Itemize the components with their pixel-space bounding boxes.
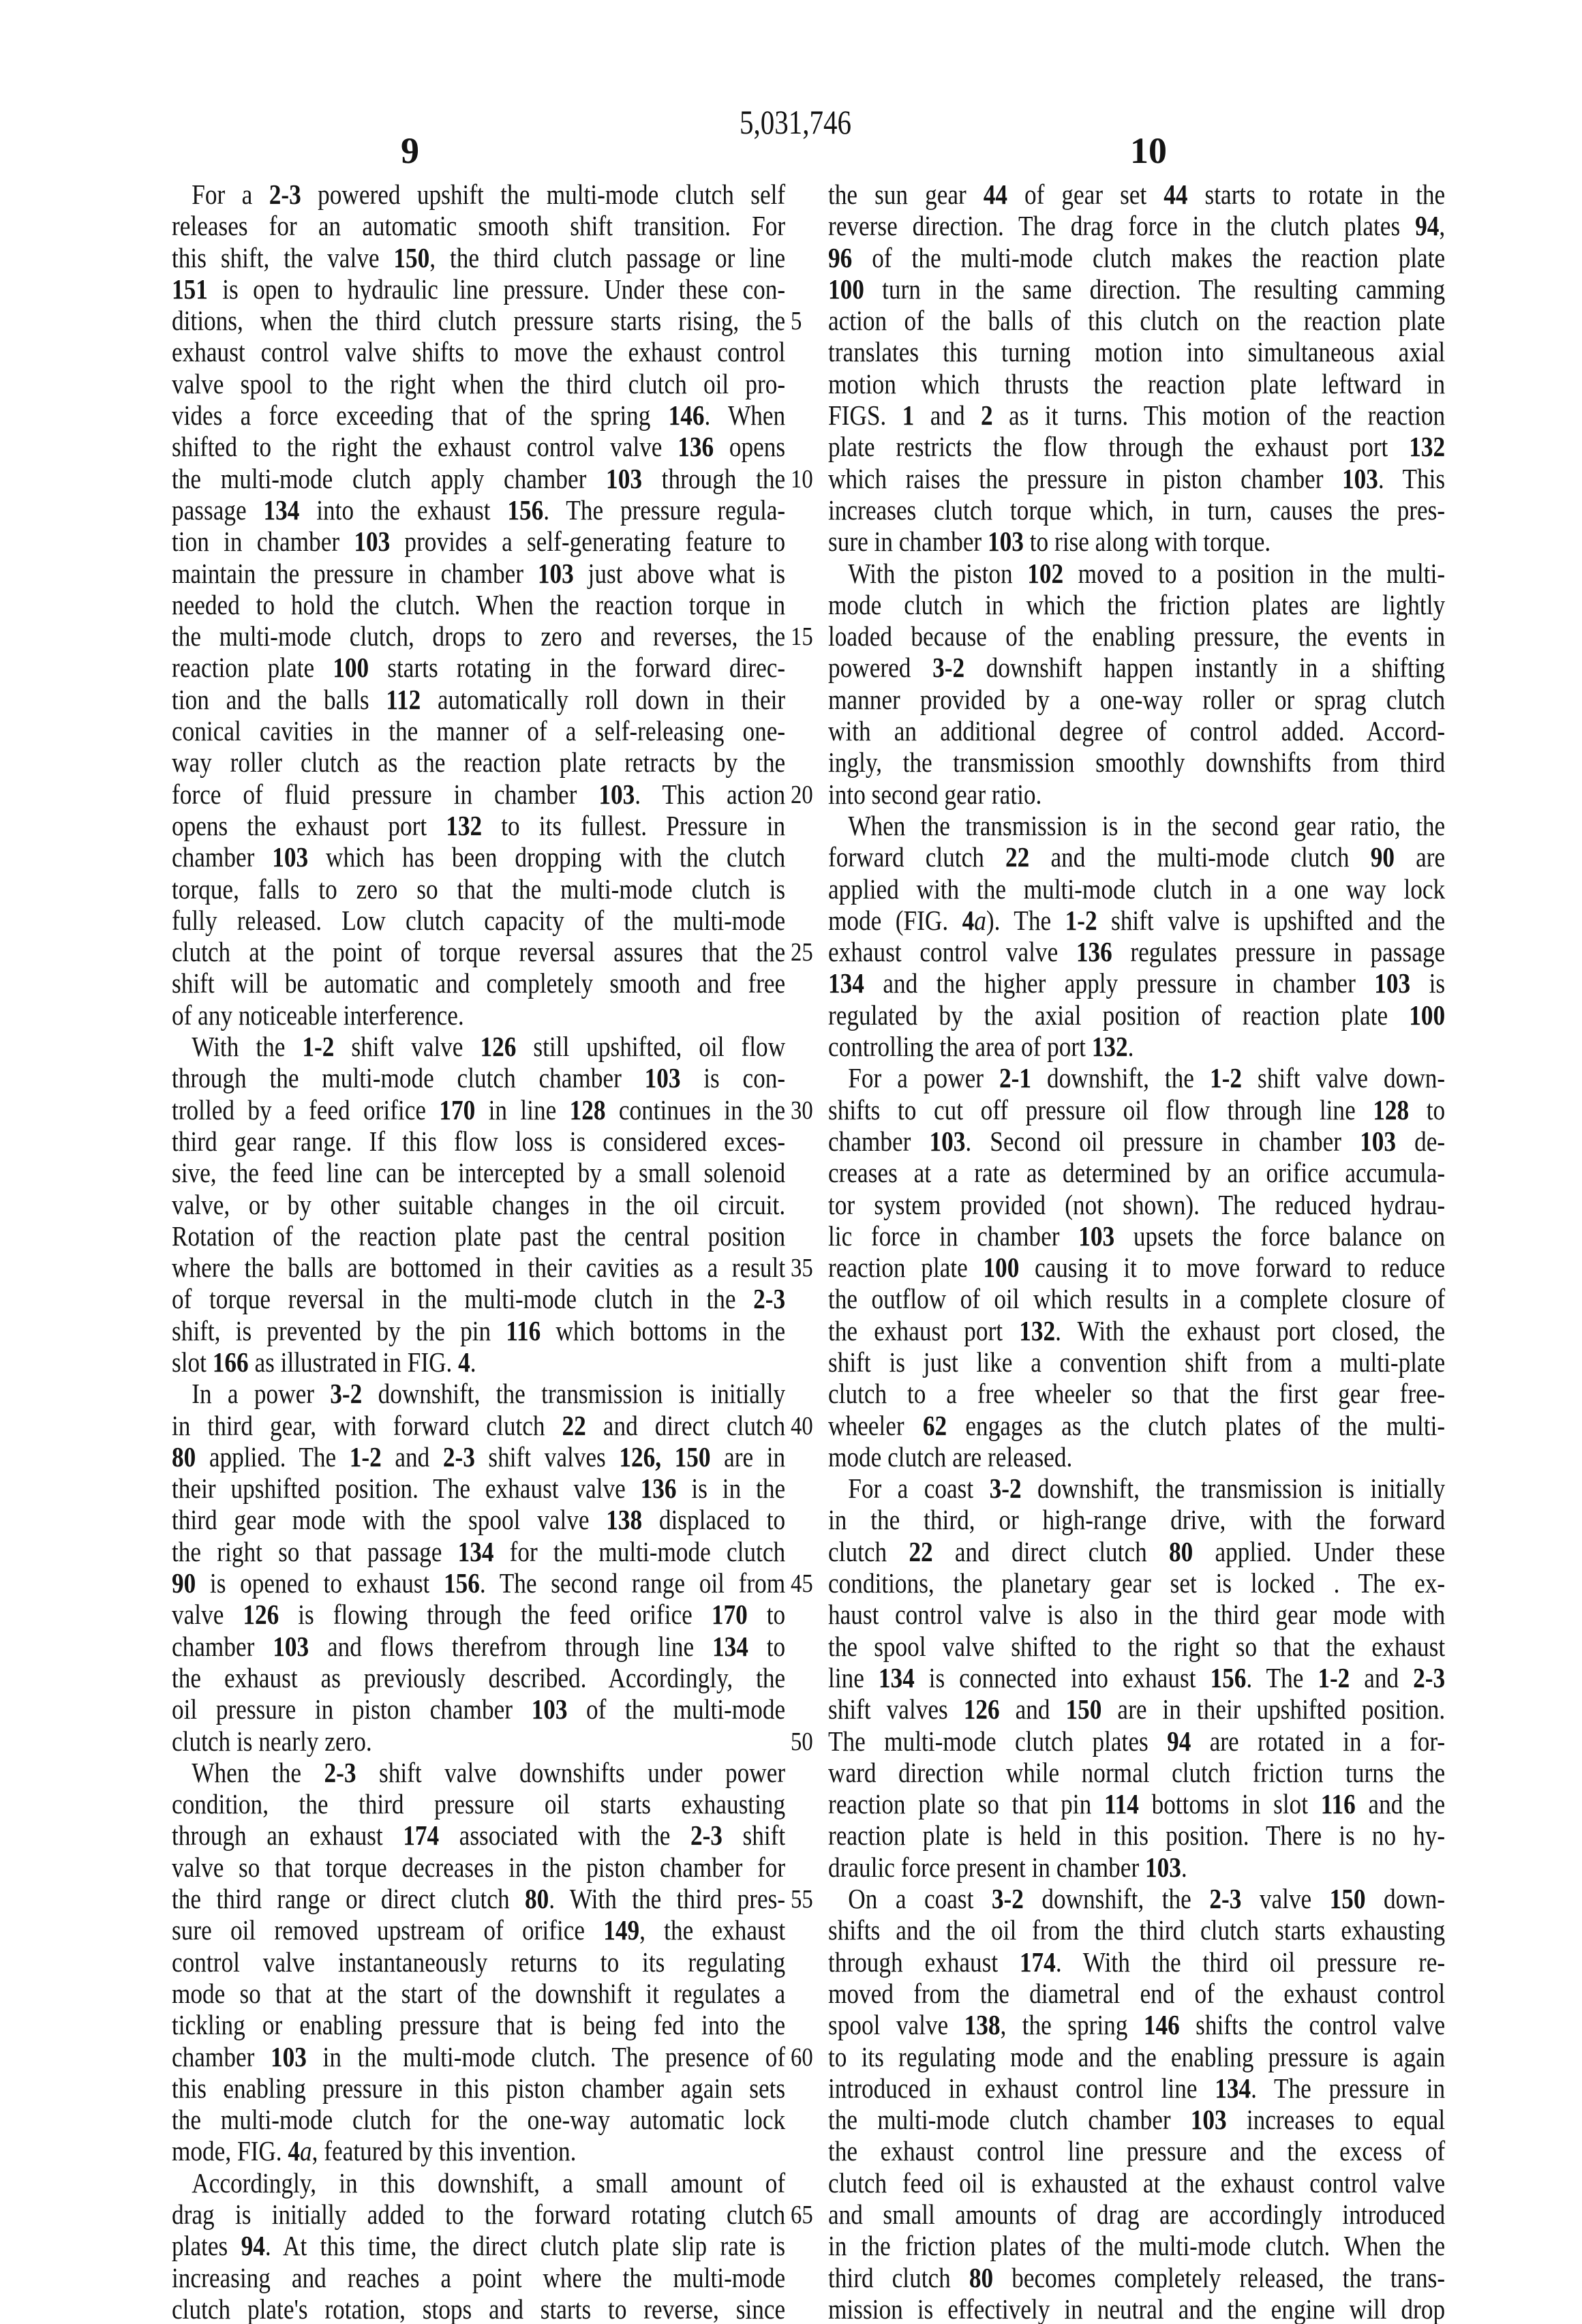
text-line-content: 80 applied. The 1-2 and 2-3 shift valves… bbox=[172, 1441, 785, 1473]
reference-numeral: 80 bbox=[969, 2262, 993, 2293]
reference-numeral: 100 bbox=[983, 1252, 1019, 1283]
text-line-content: When the 2-3 shift valve downshifts unde… bbox=[172, 1757, 785, 1788]
line-number: 35 bbox=[791, 1253, 813, 1283]
text-line-content: clutch is nearly zero. bbox=[172, 1725, 785, 1757]
text-line: force of fluid pressure in chamber 103. … bbox=[172, 779, 785, 810]
reference-numeral: 3-2 bbox=[330, 1378, 362, 1409]
text-line: lic force in chamber 103 upsets the forc… bbox=[828, 1220, 1445, 1252]
text-line: 151 is open to hydraulic line pressure. … bbox=[172, 273, 785, 305]
text-line: The multi-mode clutch plates 94 are rota… bbox=[828, 1725, 1445, 1757]
reference-numeral: 174 bbox=[403, 1820, 439, 1851]
text-line: spool valve 138, the spring 146 shifts t… bbox=[828, 2009, 1445, 2040]
text-line: exhaust control valve 136 regulates pres… bbox=[828, 936, 1445, 967]
reference-numeral: 80 bbox=[172, 1441, 196, 1473]
text-line: in the third, or high-range drive, with … bbox=[828, 1504, 1445, 1535]
text-line-content: wheeler 62 engages as the clutch plates … bbox=[828, 1410, 1445, 1441]
text-line: clutch is nearly zero. bbox=[172, 1725, 785, 1757]
text-line: where the balls are bottomed in their ca… bbox=[172, 1252, 785, 1283]
reference-numeral: 126, 150 bbox=[619, 1441, 710, 1473]
text-line-content: forward clutch 22 and the multi-mode clu… bbox=[828, 841, 1445, 873]
text-line-content: 100 turn in the same direction. The resu… bbox=[828, 273, 1445, 305]
text-line-content: the spool valve shifted to the right so … bbox=[828, 1631, 1445, 1662]
text-line-content: shift will be automatic and completely s… bbox=[172, 967, 785, 999]
text-line-content: On a coast 3-2 downshift, the 2-3 valve … bbox=[828, 1883, 1445, 1914]
text-line: mode, FIG. 4a, featured by this inventio… bbox=[172, 2135, 785, 2167]
text-line: through exhaust 174. With the third oil … bbox=[828, 1946, 1445, 1978]
text-line: this enabling pressure in this piston ch… bbox=[172, 2072, 785, 2104]
text-line: valve so that torque decreases in the pi… bbox=[172, 1852, 785, 1883]
text-line-content: where the balls are bottomed in their ca… bbox=[172, 1252, 785, 1283]
text-line: valve, or by other suitable changes in t… bbox=[172, 1189, 785, 1220]
text-line: condition, the third pressure oil starts… bbox=[172, 1788, 785, 1820]
text-line-content: When the transmission is in the second g… bbox=[828, 810, 1445, 841]
reference-numeral: 136 bbox=[1076, 936, 1112, 967]
text-line: loaded because of the enabling pressure,… bbox=[828, 620, 1445, 652]
text-line-content: control valve instantaneously returns to… bbox=[172, 1946, 785, 1978]
text-line: tion in chamber 103 provides a self-gene… bbox=[172, 526, 785, 557]
text-line-content: moved from the diametral end of the exha… bbox=[828, 1978, 1445, 2009]
text-line: valve spool to the right when the third … bbox=[172, 368, 785, 399]
text-line: For a 2-3 powered upshift the multi-mode… bbox=[172, 179, 785, 210]
text-line-content: torque, falls to zero so that the multi-… bbox=[172, 873, 785, 905]
text-line-content: releases for an automatic smooth shift t… bbox=[172, 210, 785, 241]
text-line: chamber 103 and flows therefrom through … bbox=[172, 1631, 785, 1662]
text-line: tion and the balls 112 automatically rol… bbox=[172, 684, 785, 715]
text-line-content: which raises the pressure in piston cham… bbox=[828, 463, 1445, 494]
text-line-content: through exhaust 174. With the third oil … bbox=[828, 1946, 1445, 1978]
reference-numeral: 1-2 bbox=[1065, 905, 1097, 936]
text-line: mode clutch are released. bbox=[828, 1441, 1445, 1473]
text-line-content: the exhaust as previously described. Acc… bbox=[172, 1662, 785, 1693]
text-line: the sun gear 44 of gear set 44 starts to… bbox=[828, 179, 1445, 210]
text-line: the third range or direct clutch 80. Wit… bbox=[172, 1883, 785, 1914]
text-line-content: chamber 103 and flows therefrom through … bbox=[172, 1631, 785, 1662]
text-line-content: trolled by a feed orifice 170 in line 12… bbox=[172, 1094, 785, 1126]
text-line-content: For a power 2-1 downshift, the 1-2 shift… bbox=[828, 1062, 1445, 1093]
reference-numeral: 146 bbox=[669, 399, 705, 431]
reference-numeral: 138 bbox=[606, 1504, 642, 1535]
text-line-content: tion and the balls 112 automatically rol… bbox=[172, 684, 785, 715]
reference-numeral: 2-3 bbox=[1413, 1662, 1445, 1693]
reference-numeral: 2-3 bbox=[324, 1757, 356, 1788]
page-number-left: 9 bbox=[401, 130, 419, 172]
text-line: reverse direction. The drag force in the… bbox=[828, 210, 1445, 241]
text-line-content: the sun gear 44 of gear set 44 starts to… bbox=[828, 179, 1445, 210]
text-line: action of the balls of this clutch on th… bbox=[828, 305, 1445, 336]
text-line-content: through the multi-mode clutch chamber 10… bbox=[172, 1062, 785, 1093]
text-line: the exhaust control line pressure and th… bbox=[828, 2135, 1445, 2167]
reference-numeral: 138 bbox=[964, 2009, 1001, 2040]
text-line: the exhaust port 132. With the exhaust p… bbox=[828, 1315, 1445, 1346]
line-number: 10 bbox=[791, 464, 813, 494]
patent-number: 5,031,746 bbox=[740, 102, 851, 142]
text-line-content: the exhaust port 132. With the exhaust p… bbox=[828, 1315, 1445, 1346]
text-line-content: plate restricts the flow through the exh… bbox=[828, 431, 1445, 462]
reference-numeral: 100 bbox=[333, 652, 369, 683]
text-line: For a power 2-1 downshift, the 1-2 shift… bbox=[828, 1062, 1445, 1093]
text-line: clutch 22 and direct clutch 80 applied. … bbox=[828, 1536, 1445, 1567]
reference-numeral: 150 bbox=[393, 242, 429, 273]
reference-numeral: 103 bbox=[271, 2041, 307, 2072]
text-line: reaction plate 100 starts rotating in th… bbox=[172, 652, 785, 683]
text-line-content: through an exhaust 174 associated with t… bbox=[172, 1820, 785, 1851]
text-line-content: mode clutch are released. bbox=[828, 1441, 1445, 1473]
text-line-content: With the piston 102 moved to a position … bbox=[828, 558, 1445, 589]
text-line: releases for an automatic smooth shift t… bbox=[172, 210, 785, 241]
reference-numeral: 134 bbox=[1215, 2072, 1251, 2104]
text-line-content: to its regulating mode and the enabling … bbox=[828, 2041, 1445, 2072]
text-line-content: plates 94. At this time, the direct clut… bbox=[172, 2230, 785, 2261]
text-line: the multi-mode clutch chamber 103 increa… bbox=[828, 2104, 1445, 2135]
reference-numeral: 90 bbox=[1371, 841, 1395, 873]
reference-numeral: 128 bbox=[1373, 1094, 1409, 1126]
text-line: torque, falls to zero so that the multi-… bbox=[172, 873, 785, 905]
text-line-content: shifts to cut off pressure oil flow thro… bbox=[828, 1094, 1445, 1126]
text-line-content: the exhaust control line pressure and th… bbox=[828, 2135, 1445, 2167]
reference-numeral: 134 bbox=[712, 1631, 748, 1662]
reference-numeral: 103 bbox=[1078, 1220, 1114, 1252]
text-line-content: ingly, the transmission smoothly downshi… bbox=[828, 746, 1445, 778]
reference-numeral: 132 bbox=[1019, 1315, 1055, 1346]
text-line: In a power 3-2 downshift, the transmissi… bbox=[172, 1378, 785, 1409]
text-line-content: force of fluid pressure in chamber 103. … bbox=[172, 779, 785, 810]
text-line-content: third gear range. If this flow loss is c… bbox=[172, 1126, 785, 1157]
reference-numeral: 2 bbox=[981, 399, 993, 431]
text-line-content: shift is just like a convention shift fr… bbox=[828, 1346, 1445, 1378]
text-line: chamber 103. Second oil pressure in cham… bbox=[828, 1126, 1445, 1157]
text-line-content: the multi-mode clutch, drops to zero and… bbox=[172, 620, 785, 652]
text-line-content: chamber 103 which has been dropping with… bbox=[172, 841, 785, 873]
line-number: 30 bbox=[791, 1096, 813, 1126]
text-line: When the transmission is in the second g… bbox=[828, 810, 1445, 841]
text-line: of torque reversal in the multi-mode clu… bbox=[172, 1283, 785, 1314]
text-line: increasing and reaches a point where the… bbox=[172, 2262, 785, 2293]
text-line-content: this enabling pressure in this piston ch… bbox=[172, 2072, 785, 2104]
reference-numeral: 80 bbox=[525, 1883, 549, 1914]
text-line: clutch at the point of torque reversal a… bbox=[172, 936, 785, 967]
text-line-content: the outflow of oil which results in a co… bbox=[828, 1283, 1445, 1314]
reference-numeral: 150 bbox=[1330, 1883, 1366, 1914]
reference-numeral: 1-2 bbox=[350, 1441, 382, 1473]
text-line-content: sive, the feed line can be intercepted b… bbox=[172, 1157, 785, 1188]
reference-numeral: 22 bbox=[909, 1536, 932, 1567]
text-line: applied with the multi-mode clutch in a … bbox=[828, 873, 1445, 905]
text-line: chamber 103 which has been dropping with… bbox=[172, 841, 785, 873]
text-line: FIGS. 1 and 2 as it turns. This motion o… bbox=[828, 399, 1445, 431]
text-line: For a coast 3-2 downshift, the transmiss… bbox=[828, 1473, 1445, 1504]
reference-numeral: 4 bbox=[288, 2135, 300, 2167]
line-number: 45 bbox=[791, 1569, 813, 1599]
text-line: which raises the pressure in piston cham… bbox=[828, 463, 1445, 494]
text-line: shift will be automatic and completely s… bbox=[172, 967, 785, 999]
text-line-content: Rotation of the reaction plate past the … bbox=[172, 1220, 785, 1252]
text-line: and small amounts of drag are accordingl… bbox=[828, 2199, 1445, 2230]
text-line: sive, the feed line can be intercepted b… bbox=[172, 1157, 785, 1188]
reference-numeral: 112 bbox=[386, 684, 421, 715]
reference-numeral: 103 bbox=[532, 1693, 568, 1725]
reference-numeral: 166 bbox=[213, 1346, 249, 1378]
reference-numeral: 103 bbox=[929, 1126, 965, 1157]
text-line-content: this shift, the valve 150, the third clu… bbox=[172, 242, 785, 273]
reference-numeral: 1-2 bbox=[1318, 1662, 1350, 1693]
reference-numeral: 3-2 bbox=[992, 1883, 1024, 1914]
line-number: 40 bbox=[791, 1411, 813, 1441]
text-line-content: 151 is open to hydraulic line pressure. … bbox=[172, 273, 785, 305]
text-line: the multi-mode clutch for the one-way au… bbox=[172, 2104, 785, 2135]
text-line-content: The multi-mode clutch plates 94 are rota… bbox=[828, 1725, 1445, 1757]
text-line-content: clutch 22 and direct clutch 80 applied. … bbox=[828, 1536, 1445, 1567]
text-line-content: translates this turning motion into simu… bbox=[828, 336, 1445, 367]
text-line-content: reaction plate so that pin 114 bottoms i… bbox=[828, 1788, 1445, 1820]
line-number: 55 bbox=[791, 1884, 813, 1914]
text-line: 80 applied. The 1-2 and 2-3 shift valves… bbox=[172, 1441, 785, 1473]
text-line-content: FIGS. 1 and 2 as it turns. This motion o… bbox=[828, 399, 1445, 431]
text-line-content: tor system provided (not shown). The red… bbox=[828, 1189, 1445, 1220]
text-line-content: slot 166 as illustrated in FIG. 4. bbox=[172, 1346, 785, 1378]
text-line: moved from the diametral end of the exha… bbox=[828, 1978, 1445, 2009]
text-line: controlling the area of port 132. bbox=[828, 1031, 1445, 1062]
text-line: 100 turn in the same direction. The resu… bbox=[828, 273, 1445, 305]
line-number: 20 bbox=[791, 780, 813, 810]
text-line-content: loaded because of the enabling pressure,… bbox=[828, 620, 1445, 652]
text-line: With the 1-2 shift valve 126 still upshi… bbox=[172, 1031, 785, 1062]
text-line: trolled by a feed orifice 170 in line 12… bbox=[172, 1094, 785, 1126]
reference-numeral: 2-3 bbox=[753, 1283, 785, 1314]
text-line: with an additional degree of control add… bbox=[828, 715, 1445, 746]
text-line: tor system provided (not shown). The red… bbox=[828, 1189, 1445, 1220]
text-line-content: the third range or direct clutch 80. Wit… bbox=[172, 1883, 785, 1914]
reference-numeral: 170 bbox=[439, 1094, 475, 1126]
text-line: mode (FIG. 4a). The 1-2 shift valve is u… bbox=[828, 905, 1445, 936]
text-line: forward clutch 22 and the multi-mode clu… bbox=[828, 841, 1445, 873]
text-line: valve 126 is flowing through the feed or… bbox=[172, 1599, 785, 1630]
text-line-content: third gear mode with the spool valve 138… bbox=[172, 1504, 785, 1535]
page-number-right: 10 bbox=[1130, 130, 1167, 172]
reference-numeral: 150 bbox=[1066, 1693, 1102, 1725]
reference-numeral: 170 bbox=[712, 1599, 748, 1630]
reference-numeral: 62 bbox=[923, 1410, 947, 1441]
text-line-content: chamber 103. Second oil pressure in cham… bbox=[828, 1126, 1445, 1157]
text-line: maintain the pressure in chamber 103 jus… bbox=[172, 558, 785, 589]
text-line-content: ward direction while normal clutch frict… bbox=[828, 1757, 1445, 1788]
reference-numeral: 3-2 bbox=[990, 1473, 1022, 1504]
text-line-content: and small amounts of drag are accordingl… bbox=[828, 2199, 1445, 2230]
text-line-content: valve so that torque decreases in the pi… bbox=[172, 1852, 785, 1883]
line-number: 60 bbox=[791, 2042, 813, 2072]
text-line: conditions, the planetary gear set is lo… bbox=[828, 1567, 1445, 1599]
text-line-content: sure oil removed upstream of orifice 149… bbox=[172, 1914, 785, 1946]
reference-numeral: 22 bbox=[562, 1410, 586, 1441]
text-line: shifts and the oil from the third clutch… bbox=[828, 1914, 1445, 1946]
reference-numeral: 103 bbox=[598, 779, 635, 810]
text-line-content: in third gear, with forward clutch 22 an… bbox=[172, 1410, 785, 1441]
text-line: in third gear, with forward clutch 22 an… bbox=[172, 1410, 785, 1441]
italic-text: a bbox=[300, 2135, 312, 2167]
text-line-content: exhaust control valve shifts to move the… bbox=[172, 336, 785, 367]
reference-numeral: 146 bbox=[1144, 2009, 1180, 2040]
text-line: shift valves 126 and 150 are in their up… bbox=[828, 1693, 1445, 1725]
reference-numeral: 103 bbox=[988, 526, 1024, 557]
reference-numeral: 116 bbox=[1321, 1788, 1356, 1820]
text-line-content: tion in chamber 103 provides a self-gene… bbox=[172, 526, 785, 557]
reference-numeral: 103 bbox=[273, 1631, 309, 1662]
text-line-content: needed to hold the clutch. When the reac… bbox=[172, 589, 785, 620]
text-line-content: of any noticeable interference. bbox=[172, 999, 785, 1031]
text-line: clutch plate's rotation, stops and start… bbox=[172, 2293, 785, 2324]
text-line-content: condition, the third pressure oil starts… bbox=[172, 1788, 785, 1820]
text-line: plates 94. At this time, the direct clut… bbox=[172, 2230, 785, 2261]
reference-numeral: 114 bbox=[1104, 1788, 1139, 1820]
text-line-content: maintain the pressure in chamber 103 jus… bbox=[172, 558, 785, 589]
line-number: 5 bbox=[791, 306, 802, 336]
text-line-content: With the 1-2 shift valve 126 still upshi… bbox=[172, 1031, 785, 1062]
text-line: tickling or enabling pressure that is be… bbox=[172, 2009, 785, 2040]
reference-numeral: 94 bbox=[1415, 210, 1439, 241]
line-number: 25 bbox=[791, 937, 813, 967]
text-line: regulated by the axial position of react… bbox=[828, 999, 1445, 1031]
text-line-content: For a 2-3 powered upshift the multi-mode… bbox=[172, 179, 785, 210]
text-line-content: For a coast 3-2 downshift, the transmiss… bbox=[828, 1473, 1445, 1504]
reference-numeral: 156 bbox=[1211, 1662, 1247, 1693]
text-line: Rotation of the reaction plate past the … bbox=[172, 1220, 785, 1252]
text-line: On a coast 3-2 downshift, the 2-3 valve … bbox=[828, 1883, 1445, 1914]
text-line: clutch feed oil is exhausted at the exha… bbox=[828, 2167, 1445, 2199]
reference-numeral: 174 bbox=[1020, 1946, 1056, 1978]
text-line-content: shifts and the oil from the third clutch… bbox=[828, 1914, 1445, 1946]
text-line: 96 of the multi-mode clutch makes the re… bbox=[828, 242, 1445, 273]
text-line: their upshifted position. The exhaust va… bbox=[172, 1473, 785, 1504]
text-line: creases at a rate as determined by an or… bbox=[828, 1157, 1445, 1188]
text-line-content: clutch feed oil is exhausted at the exha… bbox=[828, 2167, 1445, 2199]
text-line: way roller clutch as the reaction plate … bbox=[172, 746, 785, 778]
text-line-content: drag is initially added to the forward r… bbox=[172, 2199, 785, 2230]
reference-numeral: 94 bbox=[1167, 1725, 1191, 1757]
text-line: manner provided by a one-way roller or s… bbox=[828, 684, 1445, 715]
text-line-content: vides a force exceeding that of the spri… bbox=[172, 399, 785, 431]
text-line-content: of torque reversal in the multi-mode clu… bbox=[172, 1283, 785, 1314]
text-line: 90 is opened to exhaust 156. The second … bbox=[172, 1567, 785, 1599]
text-line: control valve instantaneously returns to… bbox=[172, 1946, 785, 1978]
reference-numeral: 116 bbox=[506, 1315, 541, 1346]
text-line: shift, is prevented by the pin 116 which… bbox=[172, 1315, 785, 1346]
text-line: powered 3-2 downshift happen instantly i… bbox=[828, 652, 1445, 683]
text-line: mode so that at the start of the downshi… bbox=[172, 1978, 785, 2009]
text-line-content: valve 126 is flowing through the feed or… bbox=[172, 1599, 785, 1630]
text-line-content: applied with the multi-mode clutch in a … bbox=[828, 873, 1445, 905]
reference-numeral: 2-3 bbox=[443, 1441, 475, 1473]
text-line-content: reaction plate is held in this position.… bbox=[828, 1820, 1445, 1851]
text-line-content: regulated by the axial position of react… bbox=[828, 999, 1445, 1031]
text-line-content: mode clutch in which the friction plates… bbox=[828, 589, 1445, 620]
text-line-content: controlling the area of port 132. bbox=[828, 1031, 1445, 1062]
reference-numeral: 134 bbox=[828, 967, 864, 999]
reference-numeral: 103 bbox=[645, 1062, 681, 1093]
text-line: this shift, the valve 150, the third clu… bbox=[172, 242, 785, 273]
text-line-content: mode so that at the start of the downshi… bbox=[172, 1978, 785, 2009]
reference-numeral: 149 bbox=[603, 1914, 639, 1946]
text-line: haust control valve is also in the third… bbox=[828, 1599, 1445, 1630]
text-line: plate restricts the flow through the exh… bbox=[828, 431, 1445, 462]
text-line: reaction plate 100 causing it to move fo… bbox=[828, 1252, 1445, 1283]
text-line-content: the multi-mode clutch chamber 103 increa… bbox=[828, 2104, 1445, 2135]
text-line-content: conditions, the planetary gear set is lo… bbox=[828, 1567, 1445, 1599]
reference-numeral: 4 bbox=[962, 905, 975, 936]
text-line: vides a force exceeding that of the spri… bbox=[172, 399, 785, 431]
reference-numeral: 136 bbox=[678, 431, 714, 462]
reference-numeral: 156 bbox=[444, 1567, 480, 1599]
reference-numeral: 103 bbox=[354, 526, 390, 557]
text-line-content: conical cavities in the manner of a self… bbox=[172, 715, 785, 746]
text-line: clutch to a free wheeler so that the fir… bbox=[828, 1378, 1445, 1409]
reference-numeral: 156 bbox=[507, 494, 543, 526]
text-line-content: mode (FIG. 4a). The 1-2 shift valve is u… bbox=[828, 905, 1445, 936]
text-line-content: increasing and reaches a point where the… bbox=[172, 2262, 785, 2293]
text-line-content: powered 3-2 downshift happen instantly i… bbox=[828, 652, 1445, 683]
text-line-content: spool valve 138, the spring 146 shifts t… bbox=[828, 2009, 1445, 2040]
reference-numeral: 94 bbox=[241, 2230, 265, 2261]
text-line-content: 134 and the higher apply pressure in cha… bbox=[828, 967, 1445, 999]
reference-numeral: 1-2 bbox=[1210, 1062, 1242, 1093]
reference-numeral: 103 bbox=[1360, 1126, 1396, 1157]
reference-numeral: 134 bbox=[879, 1662, 915, 1693]
text-line-content: clutch plate's rotation, stops and start… bbox=[172, 2293, 785, 2324]
text-line-content: Accordingly, in this downshift, a small … bbox=[172, 2167, 785, 2199]
reference-numeral: 100 bbox=[828, 273, 864, 305]
text-line-content: way roller clutch as the reaction plate … bbox=[172, 746, 785, 778]
text-line-content: increases clutch torque which, in turn, … bbox=[828, 494, 1445, 526]
text-line-content: shifted to the right the exhaust control… bbox=[172, 431, 785, 462]
reference-numeral: 100 bbox=[1409, 999, 1445, 1031]
line-number: 50 bbox=[791, 1727, 813, 1757]
text-line-content: 90 is opened to exhaust 156. The second … bbox=[172, 1567, 785, 1599]
text-line: sure in chamber 103 to rise along with t… bbox=[828, 526, 1445, 557]
text-line: 134 and the higher apply pressure in cha… bbox=[828, 967, 1445, 999]
text-line: into second gear ratio. bbox=[828, 779, 1445, 810]
text-line: translates this turning motion into simu… bbox=[828, 336, 1445, 367]
text-line-content: third clutch 80 becomes completely relea… bbox=[828, 2262, 1445, 2293]
text-line-content: valve spool to the right when the third … bbox=[172, 368, 785, 399]
text-line-content: the multi-mode clutch for the one-way au… bbox=[172, 2104, 785, 2135]
text-line-content: action of the balls of this clutch on th… bbox=[828, 305, 1445, 336]
text-line: mission is effectively in neutral and th… bbox=[828, 2293, 1445, 2324]
reference-numeral: 126 bbox=[243, 1599, 279, 1630]
reference-numeral: 2-3 bbox=[1209, 1883, 1241, 1914]
reference-numeral: 132 bbox=[1092, 1031, 1128, 1062]
text-line-content: mission is effectively in neutral and th… bbox=[828, 2293, 1445, 2324]
text-line: increases clutch torque which, in turn, … bbox=[828, 494, 1445, 526]
reference-numeral: 2-1 bbox=[999, 1062, 1031, 1093]
reference-numeral: 132 bbox=[446, 810, 482, 841]
text-line-content: opens the exhaust port 132 to its fulles… bbox=[172, 810, 785, 841]
text-line-content: reaction plate 100 causing it to move fo… bbox=[828, 1252, 1445, 1283]
text-line: mode clutch in which the friction plates… bbox=[828, 589, 1445, 620]
text-line-content: chamber 103 in the multi-mode clutch. Th… bbox=[172, 2041, 785, 2072]
text-line: ditions, when the third clutch pressure … bbox=[172, 305, 785, 336]
reference-numeral: 151 bbox=[172, 273, 208, 305]
reference-numeral: 80 bbox=[1169, 1536, 1193, 1567]
text-line: chamber 103 in the multi-mode clutch. Th… bbox=[172, 2041, 785, 2072]
reference-numeral: 4 bbox=[458, 1346, 470, 1378]
reference-numeral: 136 bbox=[641, 1473, 677, 1504]
text-line: exhaust control valve shifts to move the… bbox=[172, 336, 785, 367]
reference-numeral: 1 bbox=[902, 399, 915, 431]
text-line: the multi-mode clutch, drops to zero and… bbox=[172, 620, 785, 652]
text-line: shifted to the right the exhaust control… bbox=[172, 431, 785, 462]
text-line: the multi-mode clutch apply chamber 103 … bbox=[172, 463, 785, 494]
text-line-content: the right so that passage 134 for the mu… bbox=[172, 1536, 785, 1567]
text-line-content: clutch to a free wheeler so that the fir… bbox=[828, 1378, 1445, 1409]
text-line: introduced in exhaust control line 134. … bbox=[828, 2072, 1445, 2104]
